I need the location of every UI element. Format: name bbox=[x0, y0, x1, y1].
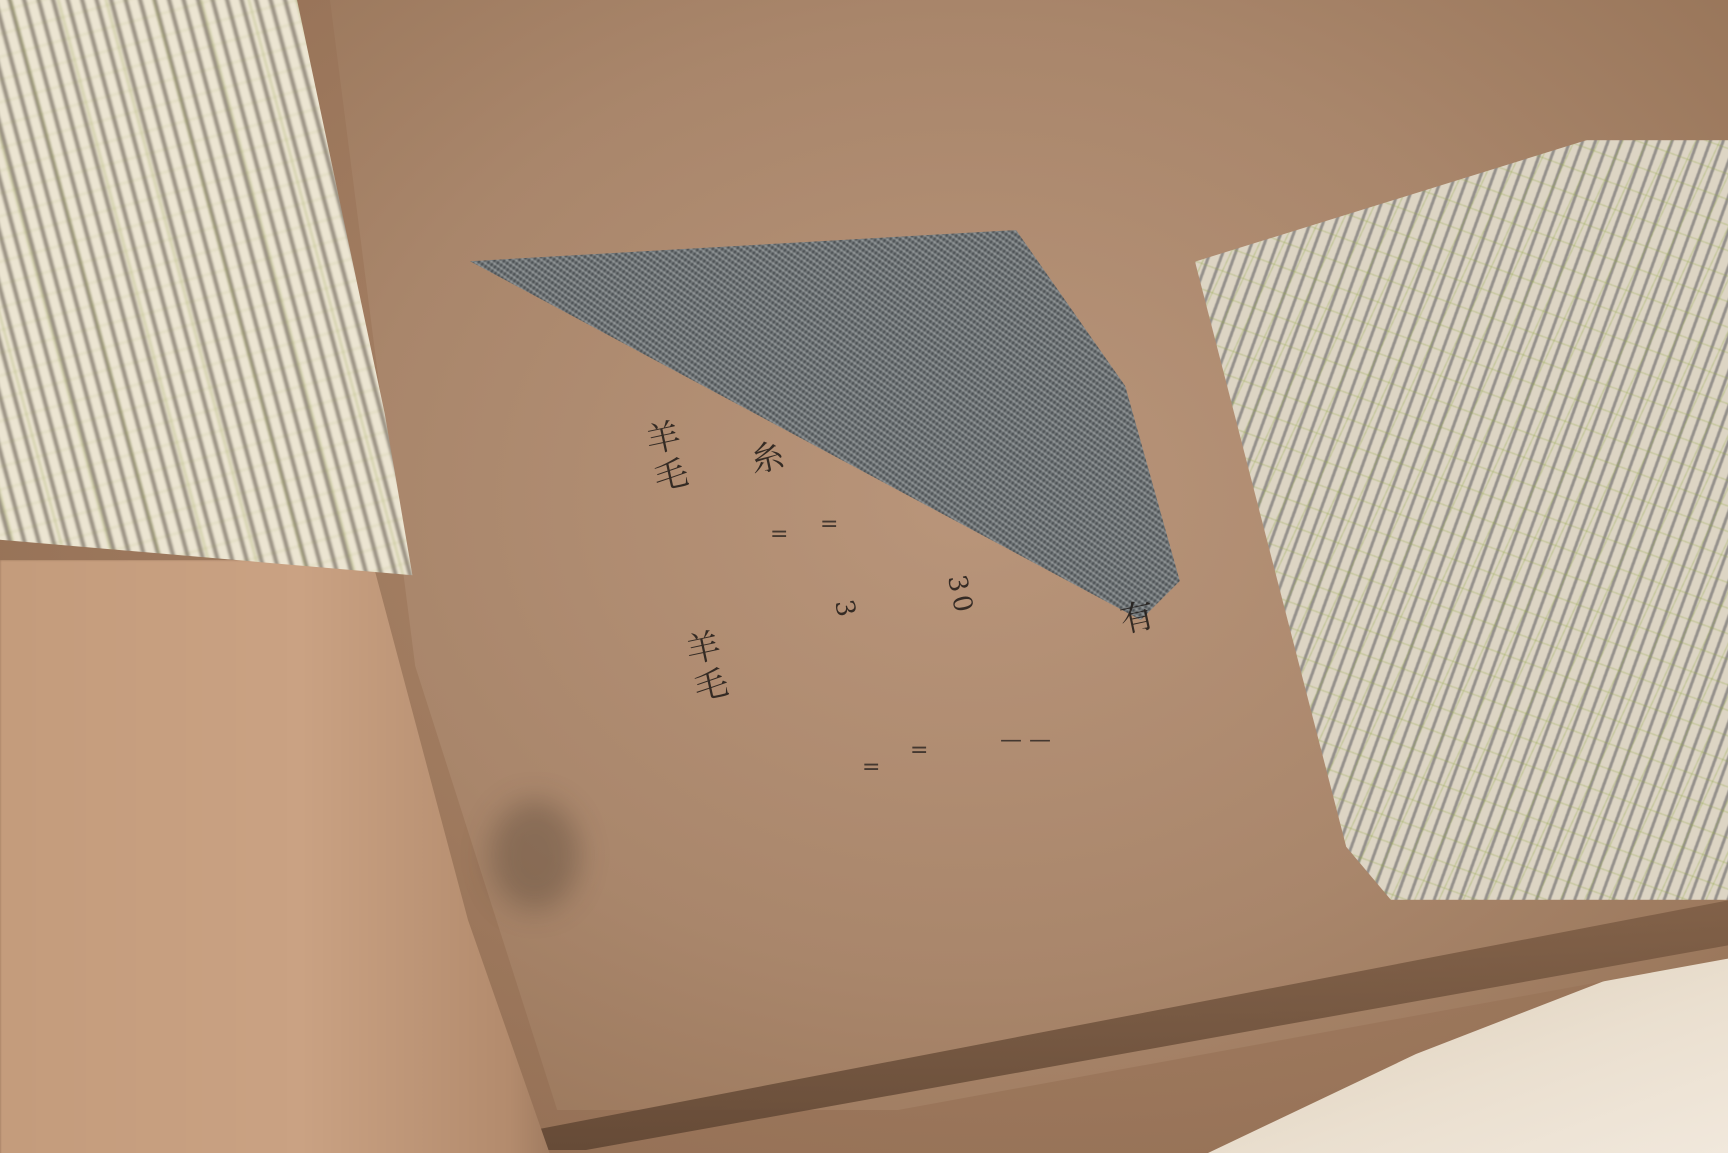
handwriting-mark: — — bbox=[1000, 728, 1051, 753]
handwriting-mark: = bbox=[820, 512, 838, 537]
handwriting-mark: = bbox=[910, 738, 928, 763]
notebook-photo: 羊毛 糸 3 30 有 羊毛 = = = = — — bbox=[0, 0, 1728, 1153]
handwriting-mark: = bbox=[770, 522, 788, 547]
handwriting-mark: = bbox=[862, 755, 880, 780]
ink-smudge bbox=[490, 800, 580, 910]
